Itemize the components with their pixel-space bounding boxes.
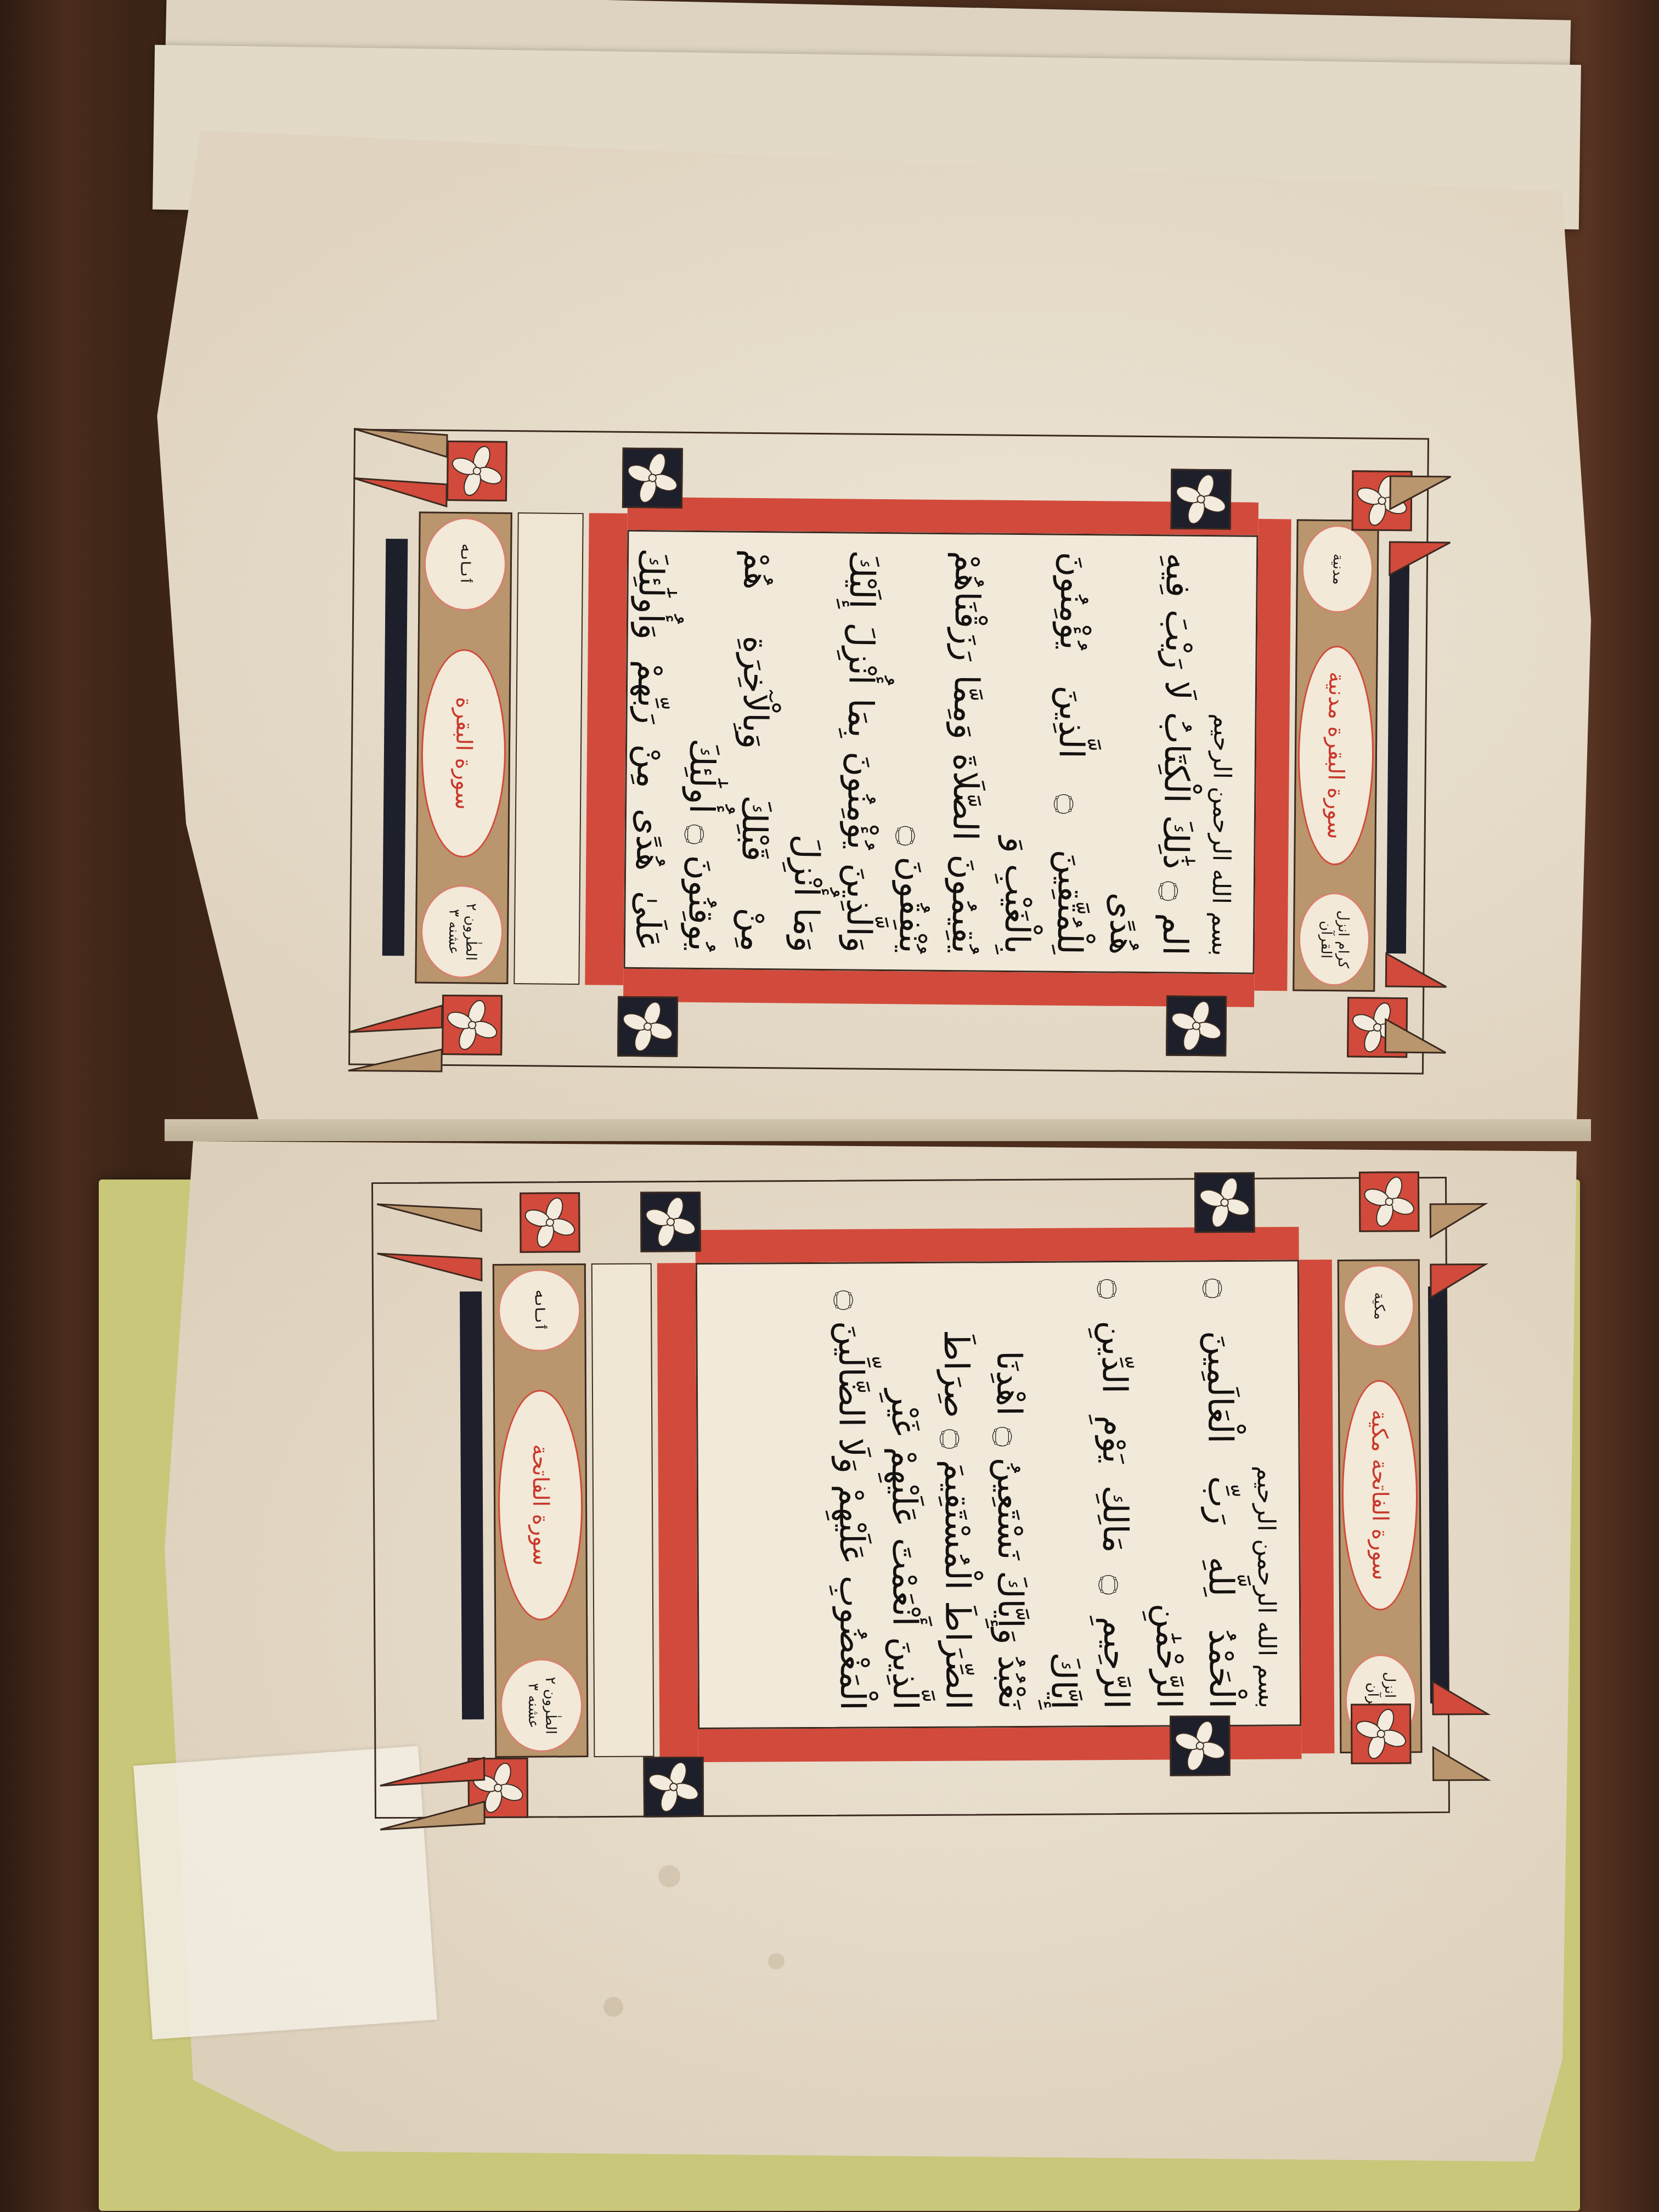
pale-band bbox=[591, 1263, 654, 1757]
triangular-pennant-icon bbox=[374, 1697, 495, 1841]
verse-line: عَلَىٰ هُدًى مِنْ رَبِّهِمْ وَأُولَٰئِكَ… bbox=[624, 548, 678, 951]
triangular-pennant-icon bbox=[1384, 460, 1462, 592]
four-petal-flower-icon bbox=[1171, 469, 1232, 529]
paper-stain bbox=[658, 1865, 680, 1887]
black-band bbox=[1386, 558, 1409, 953]
verse-line: مِنْ قَبْلِكَ وَبِالْآخِرَةِ هُمْ يُوقِن… bbox=[674, 549, 783, 952]
cartouche-right-top: مكية bbox=[1343, 1265, 1415, 1347]
red-band bbox=[1299, 1260, 1335, 1753]
verse-line: نَعْبُدُ وَإِيَّاكَ نَسْتَعِينُ ۝ اهْدِن… bbox=[982, 1279, 1037, 1709]
paper-stain bbox=[768, 1953, 785, 1970]
verse-line: وَالَّذِينَ يُؤْمِنُونَ بِمَا أُنْزِلَ إ… bbox=[780, 549, 889, 953]
triangular-pennant-icon bbox=[1425, 1182, 1502, 1325]
cartouche-left-bottom: الطٰرون ۲ عشنه ۳ bbox=[500, 1658, 583, 1752]
red-band bbox=[1254, 519, 1291, 991]
red-band bbox=[585, 513, 628, 985]
surah-header: بسم الله الرحمن الرحيم bbox=[1201, 553, 1243, 956]
four-petal-flower-icon bbox=[640, 1192, 701, 1252]
illuminated-frame-lower: ٲٮاٮه سورة الفاتحة الطٰرون ۲ عشنه ۳ بسم … bbox=[371, 1177, 1450, 1819]
black-band bbox=[460, 1291, 484, 1719]
four-petal-flower-icon bbox=[1194, 1172, 1255, 1233]
red-band-top bbox=[628, 497, 1259, 535]
triangular-pennant-icon bbox=[371, 1193, 493, 1325]
paper-stain bbox=[603, 1997, 623, 2017]
triangular-pennant-icon bbox=[343, 944, 454, 1077]
four-petal-flower-icon bbox=[1351, 1703, 1412, 1764]
spine-gutter bbox=[165, 1119, 1591, 1141]
verse-line: يُقِيمُونَ الصَّلَاةَ وَمِمَّا رَزَقْنَا… bbox=[885, 550, 994, 954]
black-band bbox=[382, 539, 408, 956]
triangular-pennant-icon bbox=[347, 423, 458, 556]
four-petal-flower-icon bbox=[1170, 1716, 1231, 1776]
text-block-fatiha: بسم الله الرحمن الرحيم الْحَمْدُ لِلَّهِ… bbox=[696, 1260, 1301, 1729]
illuminated-frame-upper: ٲٮاٮه سورة البقرة الطٰرون ۲ عشنه ۳ بسم ا… bbox=[348, 428, 1429, 1074]
four-petal-flower-icon bbox=[643, 1757, 704, 1818]
red-band bbox=[657, 1263, 698, 1757]
verse-line: الم ۝ ذَٰلِكَ الْكِتَابُ لَا رَيْبَ فِيه… bbox=[1096, 552, 1205, 956]
red-band-bottom bbox=[623, 969, 1254, 1007]
four-petal-flower-icon bbox=[617, 996, 678, 1057]
pale-band bbox=[513, 512, 584, 985]
four-petal-flower-icon bbox=[520, 1192, 580, 1253]
four-petal-flower-icon bbox=[1359, 1171, 1420, 1232]
surah-header: بسم الله الرحمن الرحيم bbox=[1246, 1278, 1285, 1708]
verse-line: الَّذِينَ أَنْعَمْتَ عَلَيْهِمْ غَيْرِ bbox=[877, 1280, 932, 1710]
cartouche-left-top: ٲٮاٮه bbox=[498, 1269, 581, 1352]
verse-line: الْمَغْضُوبِ عَلَيْهِمْ وَلَا الضَّالِّي… bbox=[824, 1280, 879, 1710]
verse-line: الصِّرَاطَ الْمُسْتَقِيمَ ۝ صِرَاطَ bbox=[929, 1279, 984, 1709]
wooden-frame-edge bbox=[1582, 0, 1659, 2212]
four-petal-flower-icon bbox=[1166, 995, 1227, 1056]
verse-line: الْحَمْدُ لِلَّهِ رَبِّ الْعَالَمِينَ ۝ … bbox=[1141, 1278, 1248, 1709]
verse-line: الرَّحِيمِ ۝ مَالِكِ يَوْمِ الدِّينِ ۝ إ… bbox=[1035, 1279, 1142, 1709]
verse-line: لِلْمُتَّقِينَ ۝ الَّذِينَ يُؤْمِنُونَ ب… bbox=[990, 551, 1099, 955]
triangular-pennant-icon bbox=[1380, 932, 1458, 1075]
black-band bbox=[1428, 1286, 1449, 1703]
text-block-baqarah: بسم الله الرحمن الرحيم الم ۝ ذَٰلِكَ الْ… bbox=[624, 530, 1259, 974]
triangular-pennant-icon bbox=[1427, 1659, 1505, 1802]
four-petal-flower-icon bbox=[622, 448, 683, 509]
